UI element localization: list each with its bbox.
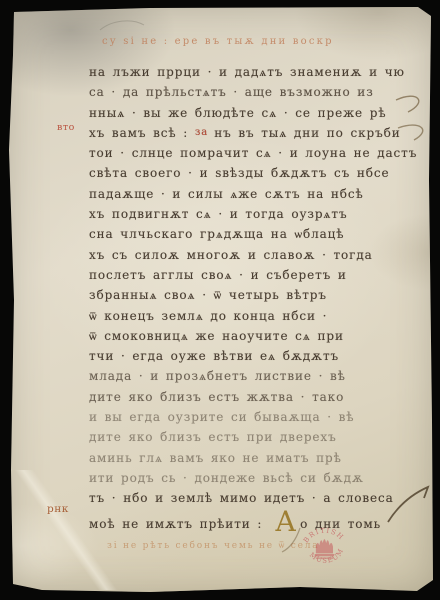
manuscript-line: хъ подвигнѫт сѧ · и тогда оузрѧтъ (89, 204, 423, 224)
manuscript-line: дите яко близъ естъ жѫтва · тако (89, 387, 423, 407)
line-text: моѣ не имѫтъ прѣити : (89, 517, 269, 531)
text-block: на лъжи пррци · и дадѧтъ знамениѫ и чю с… (89, 62, 423, 529)
manuscript-line: хъ съ силоѫ многоѫ и славоѫ · тогда (89, 245, 423, 265)
manuscript-line: збранныѧ своѧ · ѿ четырь вѣтръ (89, 285, 423, 305)
manuscript-line: тъ · нбо и землѣ мимо идетъ · а словеса (89, 488, 423, 508)
manuscript-line: и вы егда оузрите си бываѫща · вѣ (89, 407, 423, 427)
manuscript-line: ити родъ сь · дондеже вьсѣ си бѫдѫ (89, 468, 423, 488)
manuscript-line: нныѧ · вы же блюдѣте сѧ · се преже рѣ (89, 103, 423, 123)
manuscript-line: млада · и прозѧбнетъ листвие · вѣ (89, 366, 423, 386)
rubric-heading: су ѕі не : ере въ тыѫ дни воскр (102, 36, 372, 47)
manuscript-line: дите яко близъ естъ при дверехъ (89, 427, 423, 447)
manuscript-line: ѿ смоковницѧ же наоучите сѧ при (89, 326, 423, 346)
manuscript-line: моѣ не имѫтъ прѣити : Ао дни томь (89, 509, 423, 529)
ornamental-initial: А (275, 512, 297, 532)
british-museum-stamp: BRITISH MUSEUM (299, 526, 351, 574)
manuscript-photo: су ѕі не : ере въ тыѫ дни воскр вто рнк … (0, 0, 440, 600)
line-text: хъ вамъ всѣ : (89, 126, 195, 140)
manuscript-line: са · да прѣльстѧтъ · аще възможно из (89, 82, 423, 102)
manuscript-line: тчи · егда оуже вѣтви еѧ бѫдѫтъ (89, 346, 423, 366)
manuscript-line: на лъжи пррци · и дадѧтъ знамениѫ и чю (89, 62, 423, 82)
manuscript-line: падаѫще · и силы ѧже сѫтъ на нбсѣ (89, 184, 423, 204)
manuscript-line: ѿ конецъ землѧ до конца нбси · (89, 306, 423, 326)
zachalo-mark: за (195, 127, 214, 138)
manuscript-line: аминь глѧ вамъ яко не иматъ прѣ (89, 448, 423, 468)
manuscript-line: свѣта своего · и ѕвѣзды бѫдѫтъ съ нбсе (89, 163, 423, 183)
margin-note-number: рнк (47, 503, 69, 515)
margin-note-lection: вто (57, 122, 75, 133)
line-text: нъ въ тыѧ дни по скръби (214, 126, 400, 140)
manuscript-line: тои · слнце помрачит сѧ · и лоуна не дас… (89, 143, 423, 163)
manuscript-line: хъ вамъ всѣ : за нъ въ тыѧ дни по скръби (89, 123, 423, 143)
manuscript-line: сна члчьскаго грѧдѫща на ѡблацѣ (89, 224, 423, 244)
manuscript-line: послетъ агглы своѧ · и съберетъ и (89, 265, 423, 285)
